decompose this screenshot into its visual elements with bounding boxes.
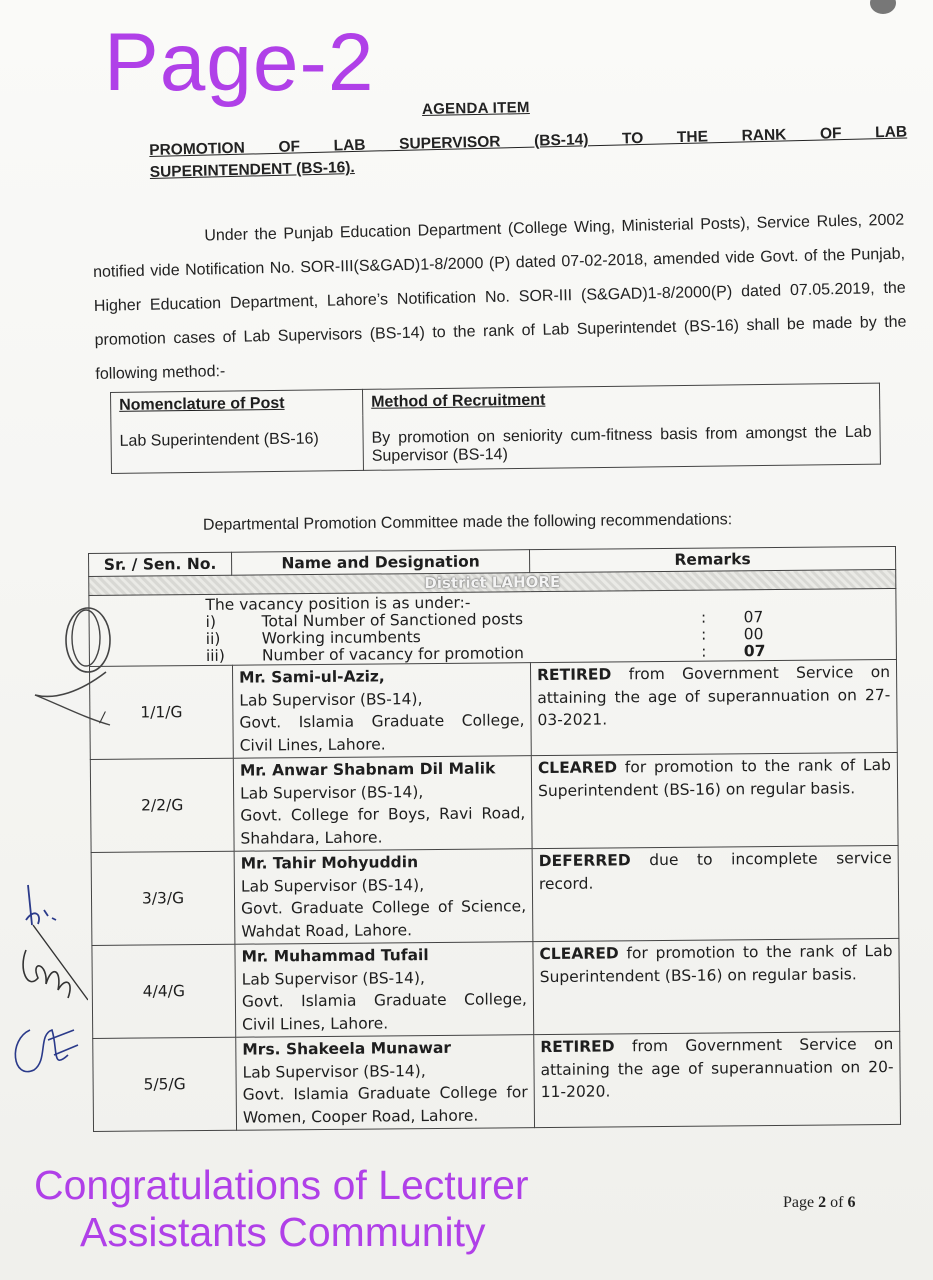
vacancy-value: 07 bbox=[744, 609, 784, 626]
vacancy-index: iii) bbox=[206, 647, 262, 664]
table-row: 4/4/G Mr. Muhammad Tufail Lab Supervisor… bbox=[92, 938, 900, 1038]
institution: Govt. Islamia Graduate College, Civil Li… bbox=[242, 990, 527, 1033]
institution: Govt. Islamia Graduate College, Civil Li… bbox=[239, 711, 524, 754]
footer-line-1: Congratulations of Lecturer bbox=[34, 1162, 529, 1208]
method-table-header-post: Nomenclature of Post bbox=[111, 389, 363, 419]
status-badge: RETIRED bbox=[537, 665, 611, 684]
name-designation: Mr. Sami-ul-Aziz, Lab Supervisor (BS-14)… bbox=[232, 663, 531, 759]
binder-ring-mark bbox=[870, 0, 896, 14]
header-remarks: Remarks bbox=[529, 546, 895, 572]
institution: Govt. College for Boys, Ravi Road, Shahd… bbox=[240, 804, 525, 847]
remarks: DEFERRED due to incomplete service recor… bbox=[532, 845, 899, 941]
sr-no: 2/2/G bbox=[90, 758, 234, 852]
name-designation: Mr. Muhammad Tufail Lab Supervisor (BS-1… bbox=[235, 942, 534, 1038]
page-number-current: 2 bbox=[818, 1194, 826, 1211]
method-table-method: By promotion on seniority cum-fitness ba… bbox=[363, 410, 881, 471]
vacancy-index: ii) bbox=[206, 630, 262, 647]
footer-overlay-text: Congratulations of Lecturer Assistants C… bbox=[34, 1162, 529, 1256]
handwritten-initials-signature-icon bbox=[8, 880, 88, 1090]
header-sr-no: Sr. / Sen. No. bbox=[89, 552, 232, 576]
institution: Govt. Islamia Graduate College for Women… bbox=[243, 1083, 528, 1126]
method-of-recruitment-table: Nomenclature of Post Method of Recruitme… bbox=[110, 383, 881, 474]
status-badge: CLEARED bbox=[539, 944, 618, 963]
status-badge: CLEARED bbox=[538, 758, 617, 777]
person-name: Mr. Sami-ul-Aziz, bbox=[239, 664, 524, 689]
vacancy-value: 07 bbox=[744, 643, 784, 660]
recommendations-table: Sr. / Sen. No. Name and Designation Rema… bbox=[88, 546, 901, 1132]
institution: Govt. Graduate College of Science, Wahda… bbox=[241, 897, 526, 940]
table-row: 5/5/G Mrs. Shakeela Munawar Lab Supervis… bbox=[93, 1031, 901, 1131]
intro-paragraph-text: Under the Punjab Education Department (C… bbox=[93, 212, 907, 383]
colon: : bbox=[664, 643, 744, 661]
dpc-statement: Departmental Promotion Committee made th… bbox=[203, 511, 732, 535]
page-label-overlay: Page-2 bbox=[104, 22, 374, 104]
name-designation: Mr. Anwar Shabnam Dil Malik Lab Supervis… bbox=[233, 756, 532, 852]
colon: : bbox=[664, 626, 744, 644]
designation: Lab Supervisor (BS-14), bbox=[242, 1062, 425, 1082]
remarks: CLEARED for promotion to the rank of Lab… bbox=[533, 938, 900, 1034]
name-designation: Mr. Tahir Mohyuddin Lab Supervisor (BS-1… bbox=[234, 849, 533, 945]
person-name: Mr. Muhammad Tufail bbox=[241, 943, 526, 968]
vacancy-position: The vacancy position is as under:- i) To… bbox=[89, 588, 897, 666]
sr-no: 4/4/G bbox=[92, 944, 236, 1038]
remarks: CLEARED for promotion to the rank of Lab… bbox=[531, 752, 898, 848]
vacancy-label: Number of vacancy for promotion bbox=[262, 644, 664, 665]
table-row: 1/1/G Mr. Sami-ul-Aziz, Lab Supervisor (… bbox=[89, 659, 897, 759]
sr-no: 5/5/G bbox=[93, 1037, 237, 1131]
sr-no: 3/3/G bbox=[91, 851, 235, 945]
document-page: Page-2 AGENDA ITEM PROMOTION OF LAB SUPE… bbox=[0, 0, 933, 1280]
status-badge: DEFERRED bbox=[539, 851, 631, 870]
page-number: Page 2 of 6 bbox=[783, 1194, 855, 1212]
page-number-prefix: Page bbox=[783, 1194, 818, 1211]
remarks: RETIRED from Government Service on attai… bbox=[530, 659, 897, 755]
designation: Lab Supervisor (BS-14), bbox=[240, 783, 423, 803]
name-designation: Mrs. Shakeela Munawar Lab Supervisor (BS… bbox=[236, 1035, 535, 1131]
person-name: Mr. Tahir Mohyuddin bbox=[241, 850, 526, 875]
vacancy-index: i) bbox=[206, 613, 262, 630]
footer-line-2: Assistants Community bbox=[34, 1209, 529, 1256]
person-name: Mrs. Shakeela Munawar bbox=[242, 1036, 527, 1061]
designation: Lab Supervisor (BS-14), bbox=[242, 969, 425, 989]
page-number-total: 6 bbox=[847, 1194, 855, 1211]
person-name: Mr. Anwar Shabnam Dil Malik bbox=[240, 757, 525, 782]
designation: Lab Supervisor (BS-14), bbox=[239, 690, 422, 710]
page-number-middle: of bbox=[826, 1194, 847, 1211]
colon: : bbox=[664, 609, 744, 627]
agenda-heading: AGENDA ITEM bbox=[422, 99, 530, 118]
subject-heading: PROMOTION OF LAB SUPERVISOR (BS-14) TO T… bbox=[149, 121, 908, 184]
remarks: RETIRED from Government Service on attai… bbox=[534, 1031, 901, 1127]
table-row: 2/2/G Mr. Anwar Shabnam Dil Malik Lab Su… bbox=[90, 752, 898, 852]
handwritten-loop-signature-icon bbox=[30, 600, 130, 730]
header-name-designation: Name and Designation bbox=[231, 550, 529, 576]
designation: Lab Supervisor (BS-14), bbox=[241, 876, 424, 896]
method-table-post: Lab Superintendent (BS-16) bbox=[111, 416, 364, 474]
status-badge: RETIRED bbox=[540, 1037, 614, 1056]
table-row: 3/3/G Mr. Tahir Mohyuddin Lab Supervisor… bbox=[91, 845, 899, 945]
intro-paragraph: Under the Punjab Education Department (C… bbox=[92, 204, 908, 392]
vacancy-value: 00 bbox=[744, 626, 784, 643]
